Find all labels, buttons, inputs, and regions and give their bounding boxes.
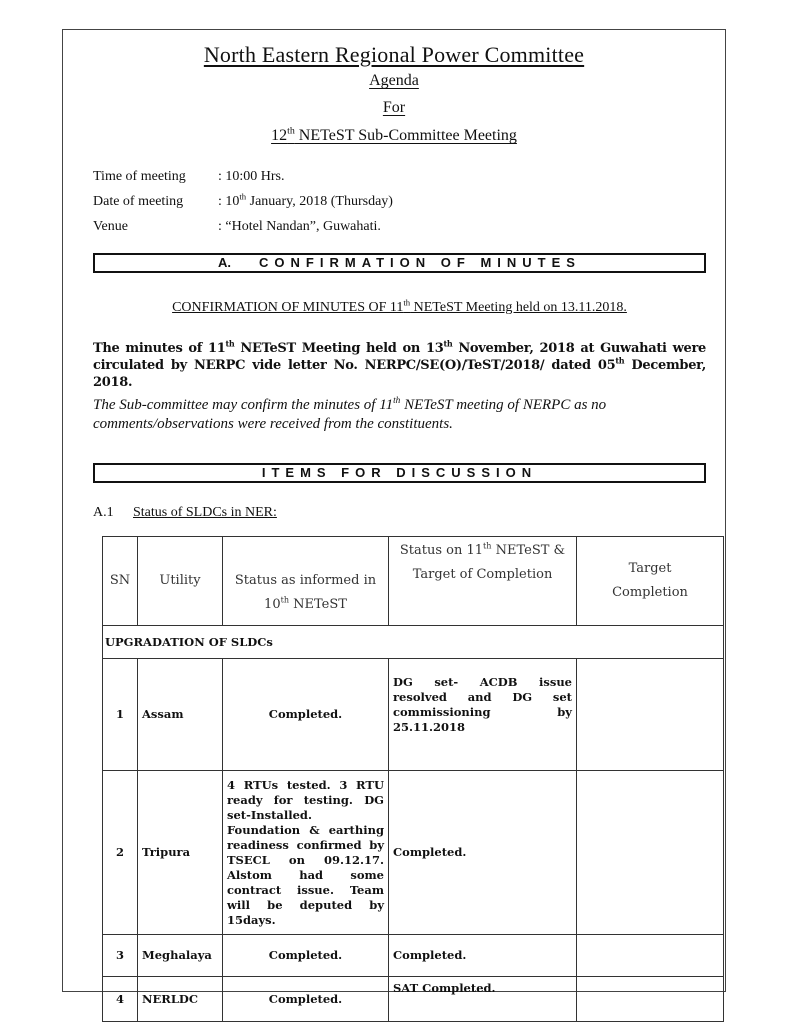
row-target (577, 977, 724, 1022)
row-target (577, 659, 724, 771)
row-status-10th: Completed. (223, 977, 389, 1022)
row-status-10th: Completed. (223, 935, 389, 977)
header-status-11th: Status on 11th NETeST & Target of Comple… (389, 537, 577, 626)
venue-label: Venue (93, 219, 218, 235)
organization-title: North Eastern Regional Power Committee (62, 42, 726, 68)
time-value: : 10:00 Hrs. (218, 169, 285, 184)
row-sn: 3 (103, 935, 138, 977)
row-status-11th: Completed. (389, 935, 577, 977)
table-section-row: UPGRADATION OF SLDCs (103, 626, 724, 659)
venue-value: : “Hotel Nandan”, Guwahati. (218, 219, 381, 234)
agenda-label: Agenda (62, 72, 726, 90)
row-status-11th: DG set- ACDB issue resolved and DG set c… (389, 659, 577, 771)
para1-part-b: NETeST Meeting held on 13 (234, 341, 443, 356)
section-a-number: A. (218, 255, 231, 270)
date-value: January, 2018 (Thursday) (246, 194, 393, 209)
row-target (577, 935, 724, 977)
time-of-meeting: Time of meeting: 10:00 Hrs. (93, 169, 285, 185)
section-a1-title: Status of SLDCs in NER: (133, 505, 277, 520)
venue: Venue: “Hotel Nandan”, Guwahati. (93, 219, 381, 235)
section-a1-number: A.1 (93, 505, 133, 521)
section-a-heading: A.CONFIRMATION OF MINUTES (93, 253, 706, 273)
confirm-minutes-paragraph: The Sub-committee may confirm the minute… (93, 396, 706, 434)
confirmation-subtitle: CONFIRMATION OF MINUTES OF 11th NETeST M… (93, 300, 706, 316)
meeting-title: 12th NETeST Sub-Committee Meeting (62, 127, 726, 145)
header-utility: Utility (138, 537, 223, 626)
header-status-11th-a: Status on 11 (400, 543, 483, 558)
header-status-10th-sup: th (281, 596, 289, 605)
header-status-10th: Status as informed in 10th NETeST (223, 537, 389, 626)
row-utility: Tripura (138, 771, 223, 935)
section-a1-heading: A.1Status of SLDCs in NER: (93, 505, 277, 521)
row-target (577, 771, 724, 935)
meeting-number: 12 (271, 127, 287, 144)
table-row: 4 NERLDC Completed. SAT Completed. (103, 977, 724, 1022)
para2-part-a: The Sub-committee may confirm the minute… (93, 397, 393, 413)
row-status-10th: Completed. (223, 659, 389, 771)
row-sn: 4 (103, 977, 138, 1022)
table-row: 2 Tripura 4 RTUs tested. 3 RTU ready for… (103, 771, 724, 935)
header-status-10th-b: NETeST (289, 597, 347, 612)
items-for-discussion-heading: ITEMS FOR DISCUSSION (93, 463, 706, 483)
sldc-status-table: SN Utility Status as informed in 10th NE… (102, 536, 724, 1022)
meeting-title-text: NETeST Sub-Committee Meeting (295, 127, 517, 144)
time-label: Time of meeting (93, 169, 218, 185)
header-target-completion: Target Completion (577, 537, 724, 626)
row-sn: 2 (103, 771, 138, 935)
table-row: 3 Meghalaya Completed. Completed. (103, 935, 724, 977)
row-status-11th: Completed. (389, 771, 577, 935)
minutes-circulated-paragraph: The minutes of 11th NETeST Meeting held … (93, 340, 706, 391)
table-row: 1 Assam Completed. DG set- ACDB issue re… (103, 659, 724, 771)
confirmation-subtitle-rest: NETeST Meeting held on 13.11.2018. (410, 300, 627, 315)
for-label: For (62, 99, 726, 117)
date-of-meeting: Date of meeting: 10th January, 2018 (Thu… (93, 194, 393, 210)
para1-sup-3: th (615, 356, 624, 366)
meeting-number-suffix: th (287, 126, 295, 137)
row-utility: Assam (138, 659, 223, 771)
table-header-row: SN Utility Status as informed in 10th NE… (103, 537, 724, 626)
row-sn: 1 (103, 659, 138, 771)
header-sn: SN (103, 537, 138, 626)
row-utility: NERLDC (138, 977, 223, 1022)
confirmation-subtitle-prefix: CONFIRMATION OF MINUTES OF 11 (172, 300, 403, 315)
date-prefix: : 10 (218, 194, 239, 209)
row-status-10th: 4 RTUs tested. 3 RTU ready for testing. … (223, 771, 389, 935)
row-utility: Meghalaya (138, 935, 223, 977)
section-a-title: CONFIRMATION OF MINUTES (259, 255, 581, 270)
date-label: Date of meeting (93, 194, 218, 210)
section-upgradation-label: UPGRADATION OF SLDCs (103, 626, 724, 659)
row-status-11th: SAT Completed. (389, 977, 577, 1022)
para1-part-a: The minutes of 11 (93, 341, 226, 356)
